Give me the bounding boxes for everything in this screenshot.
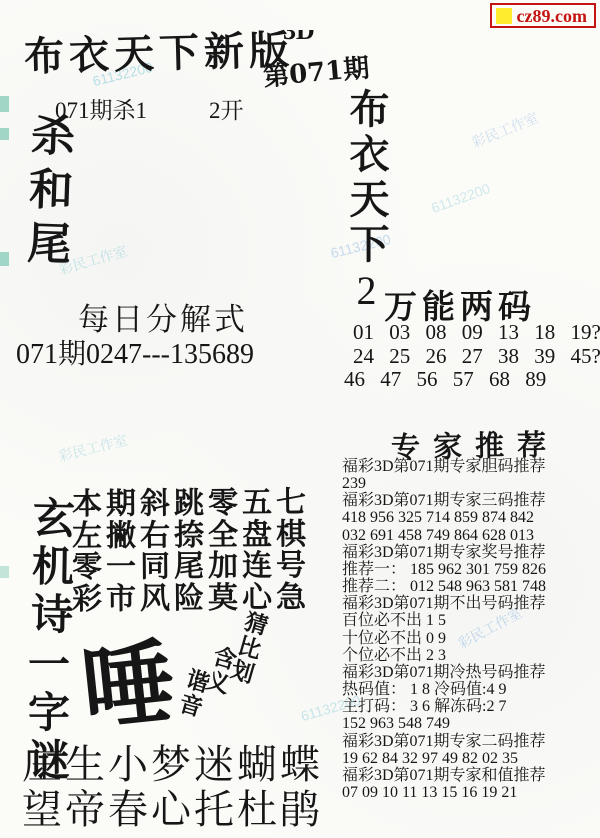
scan-edge-mark [0, 566, 9, 578]
expert-line: 152 963 548 749 [342, 715, 600, 732]
expert-line: 热码值： 1 8 冷码值:4 9 [342, 681, 600, 698]
badge-square-icon [496, 8, 512, 24]
expert-line: 推荐一： 185 962 301 759 826 [342, 561, 600, 578]
expert-line: 个位必不出 2 3 [342, 647, 600, 664]
expert-line: 百位必不出 1 5 [342, 612, 600, 629]
expert-line: 福彩3D第071期专家三码推荐 [342, 492, 600, 509]
buyi-tianxia-number: 2 [344, 268, 389, 318]
couplet-line-2: 望帝春心托杜鹃 [22, 787, 323, 832]
riddle-hint-homophone: 谐音 [170, 664, 216, 721]
kill-sum-tail-title: 杀和尾 [11, 111, 81, 275]
poem-line: 本期斜跳零五七 [72, 487, 310, 521]
lottery-sheet: 61132200 61132200 彩民工作室 彩民工作室 彩民工作室 彩民工作… [0, 0, 600, 838]
expert-line: 07 09 10 11 13 15 16 19 21 [342, 784, 600, 801]
couplet-line-1: 庄生小梦迷蝴蝶 [22, 742, 323, 787]
poem-line: 左撇右捺全盘棋 [72, 518, 310, 552]
site-badge[interactable]: cz89.com [490, 3, 596, 28]
scan-edge-mark [0, 96, 9, 112]
site-url: cz89.com [517, 7, 587, 25]
watermark-studio: 彩民工作室 [469, 108, 541, 153]
two-codes-row: 46 47 56 57 68 89 [344, 368, 598, 392]
expert-line: 福彩3D第071期冷热号码推荐 [342, 664, 600, 681]
buyi-tianxia-text: 布衣天下 [343, 88, 390, 268]
expert-recommendation-block: 福彩3D第071期专家胆码推荐 239 福彩3D第071期专家三码推荐 418 … [342, 458, 600, 801]
two-codes-row: 01 03 08 09 13 18 19? [344, 321, 598, 345]
page-title: 布衣天下新版 [23, 18, 294, 82]
expert-line: 19 62 84 32 97 49 82 02 35 [342, 750, 600, 767]
expert-line: 福彩3D第071期专家二码推荐 [342, 733, 600, 750]
expert-line: 主打码： 3 6 解冻码:2 7 [342, 698, 600, 715]
expert-line: 239 [342, 475, 600, 492]
expert-line: 福彩3D第071期专家奖号推荐 [342, 544, 600, 561]
expert-line: 推荐二： 012 548 963 581 748 [342, 578, 600, 595]
mystery-poem-lines: 本期斜跳零五七 左撇右捺全盘棋 零一同尾加连号 彩市风险莫心急 [72, 488, 310, 614]
riddle-character: 唾 [77, 635, 178, 736]
two-codes-row: 24 25 26 27 38 39 45? [344, 345, 598, 369]
poem-line: 彩市风险莫心急 [72, 581, 310, 615]
expert-line: 418 956 325 714 859 874 842 [342, 509, 600, 526]
title-3d-superscript: 3D [283, 30, 325, 46]
universal-two-codes-grid: 01 03 08 09 13 18 19? 24 25 26 27 38 39 … [344, 321, 598, 392]
expert-line: 福彩3D第071期专家和值推荐 [342, 767, 600, 784]
bottom-couplet: 庄生小梦迷蝴蝶 望帝春心托杜鹃 [22, 742, 323, 832]
scan-edge-mark [0, 128, 9, 140]
kill-number-line: 071期杀1 2开 [55, 92, 244, 125]
watermark-studio: 彩民工作室 [57, 430, 130, 466]
watermark-code: 61132200 [429, 180, 492, 216]
expert-line: 十位必不出 0 9 [342, 630, 600, 647]
daily-decomposition-formula: 071期0247---135689 [16, 332, 254, 372]
expert-line: 福彩3D第071期不出号码推荐 [342, 595, 600, 612]
expert-line: 032 691 458 749 864 628 013 [342, 527, 600, 544]
scan-edge-mark [0, 252, 9, 266]
issue-number: 第071期 [262, 47, 371, 93]
kill-number-right: 2开 [209, 92, 244, 125]
poem-line: 零一同尾加连号 [72, 550, 310, 584]
expert-line: 福彩3D第071期专家胆码推荐 [342, 458, 600, 475]
